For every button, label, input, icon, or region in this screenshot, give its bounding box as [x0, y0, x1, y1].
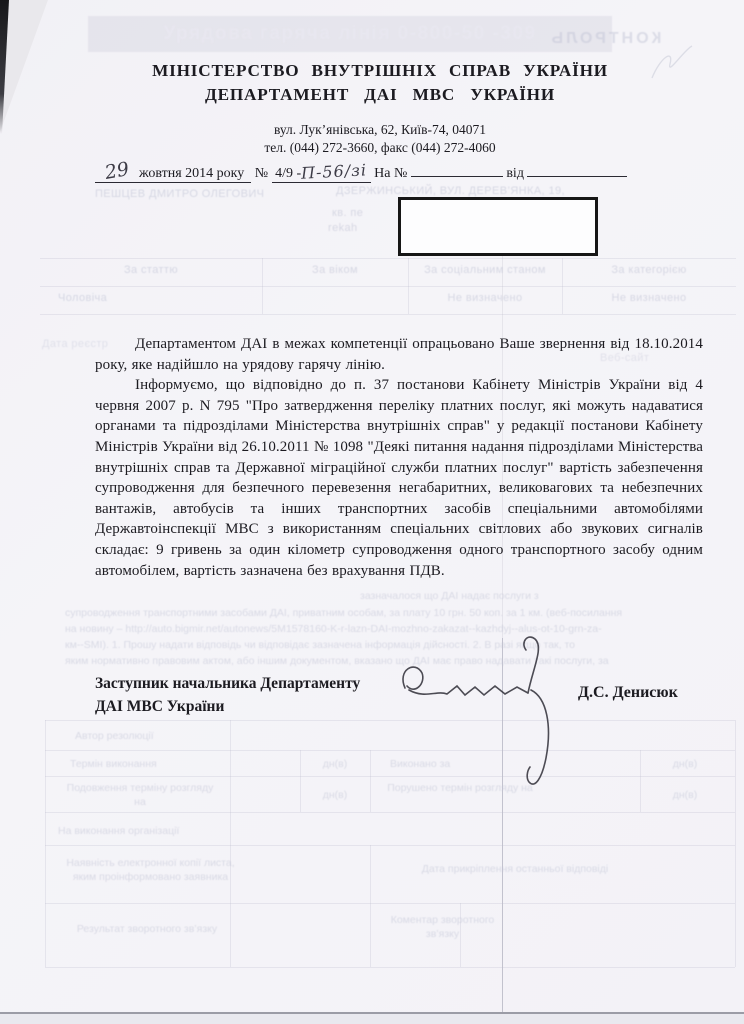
- ghost-form-label: Наявність електронної копії листа, яким …: [58, 856, 243, 884]
- reply-label: На №: [374, 166, 407, 181]
- date-month-year: жовтня 2014 року: [139, 166, 244, 181]
- date-number-line: 29жовтня 2014 року № 4/9 -П-56/зі На № в…: [95, 160, 710, 183]
- ghost-form-label: На виконання організації: [58, 824, 258, 838]
- ghost-form-label: Дата прикріплення останньої відповіді: [390, 862, 640, 876]
- body-paragraph-2: Інформуємо, що відповідно до п. 37 поста…: [95, 375, 703, 581]
- handwritten-day: 29: [93, 156, 140, 185]
- ghost-stats-header: За віком: [262, 264, 408, 276]
- ghost-stats-cell: Чоловіча: [58, 292, 107, 304]
- scanned-letter-page: Урядова гаряча лінія 0-800-50 -309 КОНТР…: [0, 0, 744, 1024]
- ghost-applicant-address: ДЗЕРЖИНСЬКИЙ, ВУЛ. ДЕРЕВ’ЯНКА, 19,: [318, 185, 583, 197]
- ghost-form-label: Подовження терміну розгляду на: [60, 781, 220, 809]
- ghost-table-border: [40, 286, 736, 287]
- ghost-applicant-address3: rekah: [328, 222, 408, 234]
- handwritten-signature: [385, 620, 575, 795]
- ghost-form-label: дн(в): [650, 757, 720, 771]
- ghost-bleed-line: супроводження транспортними засобами ДАІ…: [65, 607, 733, 619]
- ministry-title-line2: ДЕПАРТАМЕНТ ДАІ МВС УКРАЇНИ: [60, 85, 700, 105]
- number-printed: 4/9 -: [275, 166, 301, 181]
- date-segment: 29жовтня 2014 року: [95, 160, 251, 183]
- ghost-stats-header: За статтю: [40, 264, 262, 276]
- from-label: від: [506, 166, 524, 181]
- ghost-form-border: [45, 903, 735, 904]
- scan-bottom-band: [0, 1014, 744, 1024]
- ghost-form-label: дн(в): [650, 788, 720, 802]
- ghost-stats-cell: Не визначено: [408, 292, 562, 304]
- from-date-blank: [527, 162, 627, 177]
- ghost-stats-header: За категорією: [562, 264, 736, 276]
- number-sign: №: [255, 166, 268, 181]
- ghost-form-border: [45, 845, 735, 846]
- ghost-form-label: Коментар зворотного зв’язку: [390, 913, 495, 941]
- ghost-table-border: [40, 314, 736, 315]
- ghost-form-border: [45, 812, 735, 813]
- ghost-applicant-address2: кв. пе: [332, 207, 402, 219]
- address-line: вул. Лук’янівська, 62, Київ-74, 04071: [60, 121, 700, 139]
- signatory-position: Заступник начальника Департаменту ДАІ МВ…: [95, 672, 425, 718]
- ghost-form-border: [735, 720, 736, 967]
- redaction-box: [398, 197, 598, 256]
- handwritten-number: П-56/зі: [301, 160, 368, 182]
- signatory-position-line2: ДАІ МВС України: [95, 695, 425, 718]
- number-segment: 4/9 -П-56/зі: [272, 162, 371, 183]
- ghost-form-border: [45, 967, 735, 968]
- ghost-form-label: Результат зворотного зв’язку: [62, 922, 232, 936]
- body-paragraph-1: Департаментом ДАІ в межах компетенції оп…: [95, 334, 703, 375]
- signatory-name: Д.С. Денисюк: [578, 684, 678, 702]
- ghost-table-border: [40, 258, 736, 259]
- ghost-form-border: [370, 845, 371, 967]
- ghost-form-border: [640, 750, 641, 812]
- ghost-form-label: дн(в): [300, 788, 370, 802]
- ministry-title-line1: МІНІСТЕРСТВО ВНУТРІШНІХ СПРАВ УКРАЇНИ: [60, 61, 700, 81]
- ghost-form-border: [370, 750, 371, 812]
- ghost-applicant-name: ПЕШЦЕВ ДМИТРО ОЛЕГОВИЧ: [95, 188, 330, 200]
- ghost-form-border: [45, 720, 46, 967]
- letter-body: Департаментом ДАІ в межах компетенції оп…: [95, 334, 703, 581]
- reply-number-blank: [411, 162, 503, 177]
- contact-line: тел. (044) 272-3660, факс (044) 272-4060: [60, 139, 700, 157]
- ghost-form-label: Термін виконання: [70, 757, 220, 771]
- ghost-stats-cell: Не визначено: [562, 292, 736, 304]
- ghost-stats-header: За соціальним станом: [408, 264, 562, 276]
- ghost-form-label: дн(в): [300, 757, 370, 771]
- ghost-form-label: Автор резолюції: [75, 729, 225, 743]
- signatory-position-line1: Заступник начальника Департаменту: [95, 672, 425, 695]
- ghost-bleed-line: зазначалося що ДАІ надає послуги з: [360, 590, 730, 602]
